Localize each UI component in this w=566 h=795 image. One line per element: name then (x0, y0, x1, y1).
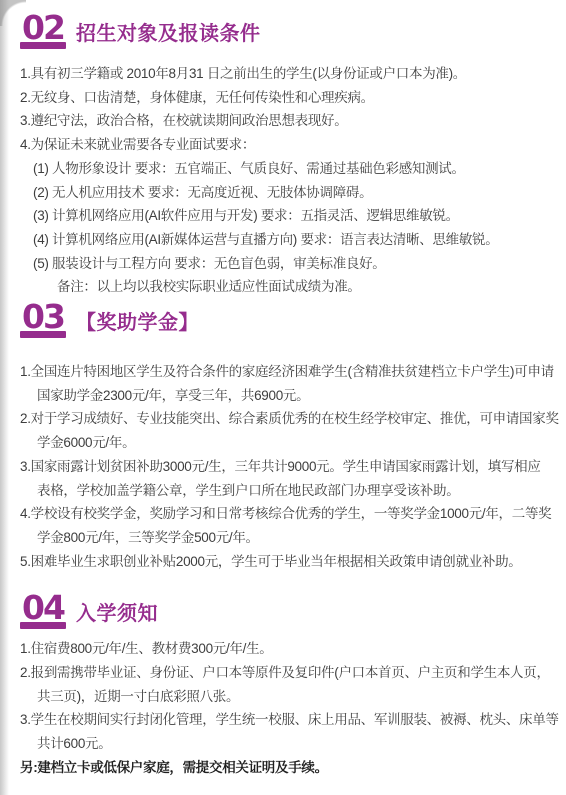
text-line: 3.学生在校期间实行封闭化管理，学生统一校服、床上用品、军训服装、被褥、枕头、床… (20, 708, 545, 732)
section-number-underline (20, 42, 66, 49)
text-line: 2.无纹身、口齿清楚，身体健康，无任何传染性和心理疾病。 (20, 86, 545, 110)
text-line: 学金6000元/年。 (20, 431, 545, 455)
section-number: 02 (20, 14, 66, 41)
text-line: 共三页)，近期一寸白底彩照八张。 (20, 685, 545, 709)
section-04: 04入学须知1.住宿费800元/年/生、教材费300元/年/生。2.报到需携带毕… (20, 594, 545, 779)
section-header: 03【奖助学金】 (20, 303, 545, 338)
section-number-underline (20, 331, 66, 338)
document-page: { "page": { "accent_color": "#952c8d", "… (0, 0, 566, 795)
section-03: 03【奖助学金】1.全国连片特困地区学生及符合条件的家庭经济困难学生(含精准扶贫… (20, 303, 545, 573)
text-line: 3.遵纪守法，政治合格，在校就读期间政治思想表现好。 (20, 109, 545, 133)
text-line: 另:建档立卡或低保户家庭，需提交相关证明及手续。 (20, 756, 545, 780)
text-line: 共计600元。 (20, 732, 545, 756)
text-line: 4.为保证未来就业需要各专业面试要求： (20, 133, 545, 157)
section-number: 03 (20, 303, 66, 330)
text-line: 国家助学金2300元/年，享受三年，共6900元。 (20, 384, 545, 408)
section-body: 1.全国连片特困地区学生及符合条件的家庭经济困难学生(含精准扶贫建档立卡户学生)… (20, 360, 545, 573)
section-title: 【奖助学金】 (76, 306, 199, 335)
text-line: 1.住宿费800元/年/生、教材费300元/年/生。 (20, 637, 545, 661)
section-number-badge: 03 (20, 303, 66, 338)
text-line: (1) 人物形象设计 要求：五官端正、气质良好、需通过基础色彩感知测试。 (20, 157, 545, 181)
text-line: 4.学校设有校奖学金，奖励学习和日常考核综合优秀的学生，一等奖学金1000元/年… (20, 502, 545, 526)
section-number-badge: 04 (20, 594, 66, 629)
text-line: (4) 计算机网络应用(AI新媒体运营与直播方向) 要求：语言表达清晰、思维敏锐… (20, 228, 545, 252)
text-line: 5.困难毕业生求职创业补贴2000元，学生可于毕业当年根据相关政策申请创就业补助… (20, 550, 545, 574)
text-line: (3) 计算机网络应用(AI软件应用与开发) 要求：五指灵活、逻辑思维敏锐。 (20, 204, 545, 228)
text-line: 学金800元/年，三等奖学金500元/年。 (20, 526, 545, 550)
section-title: 入学须知 (76, 597, 158, 626)
brochure-content: 02招生对象及报读条件1.具有初三学籍或 2010年8月31 日之前出生的学生(… (0, 0, 566, 780)
section-02: 02招生对象及报读条件1.具有初三学籍或 2010年8月31 日之前出生的学生(… (20, 14, 545, 299)
text-line: 2.对于学习成绩好、专业技能突出、综合素质优秀的在校生经学校审定、推优，可申请国… (20, 407, 545, 431)
text-line: (2) 无人机应用技术 要求：无高度近视、无肢体协调障碍。 (20, 181, 545, 205)
text-line: 表格，学校加盖学籍公章，学生到户口所在地民政部门办理享受该补助。 (20, 479, 545, 503)
text-line: 3.国家雨露计划贫困补助3000元/生，三年共计9000元。学生申请国家雨露计划… (20, 455, 545, 479)
section-body: 1.住宿费800元/年/生、教材费300元/年/生。2.报到需携带毕业证、身份证… (20, 637, 545, 779)
text-line: (5) 服装设计与工程方向 要求：无色盲色弱，审美标准良好。 (20, 252, 545, 276)
section-number: 04 (20, 594, 66, 621)
section-header: 04入学须知 (20, 594, 545, 629)
section-title: 招生对象及报读条件 (76, 17, 261, 46)
section-header: 02招生对象及报读条件 (20, 14, 545, 49)
sections-container: 02招生对象及报读条件1.具有初三学籍或 2010年8月31 日之前出生的学生(… (20, 14, 545, 780)
section-number-badge: 02 (20, 14, 66, 49)
text-line: 1.具有初三学籍或 2010年8月31 日之前出生的学生(以身份证或户口本为准)… (20, 62, 545, 86)
section-body: 1.具有初三学籍或 2010年8月31 日之前出生的学生(以身份证或户口本为准)… (20, 62, 545, 299)
section-number-underline (20, 622, 66, 629)
text-line: 备注：以上均以我校实际职业适应性面试成绩为准。 (20, 275, 545, 299)
text-line: 2.报到需携带毕业证、身份证、户口本等原件及复印件(户口本首页、户主页和学生本人… (20, 661, 545, 685)
text-line: 1.全国连片特困地区学生及符合条件的家庭经济困难学生(含精准扶贫建档立卡户学生)… (20, 360, 545, 384)
